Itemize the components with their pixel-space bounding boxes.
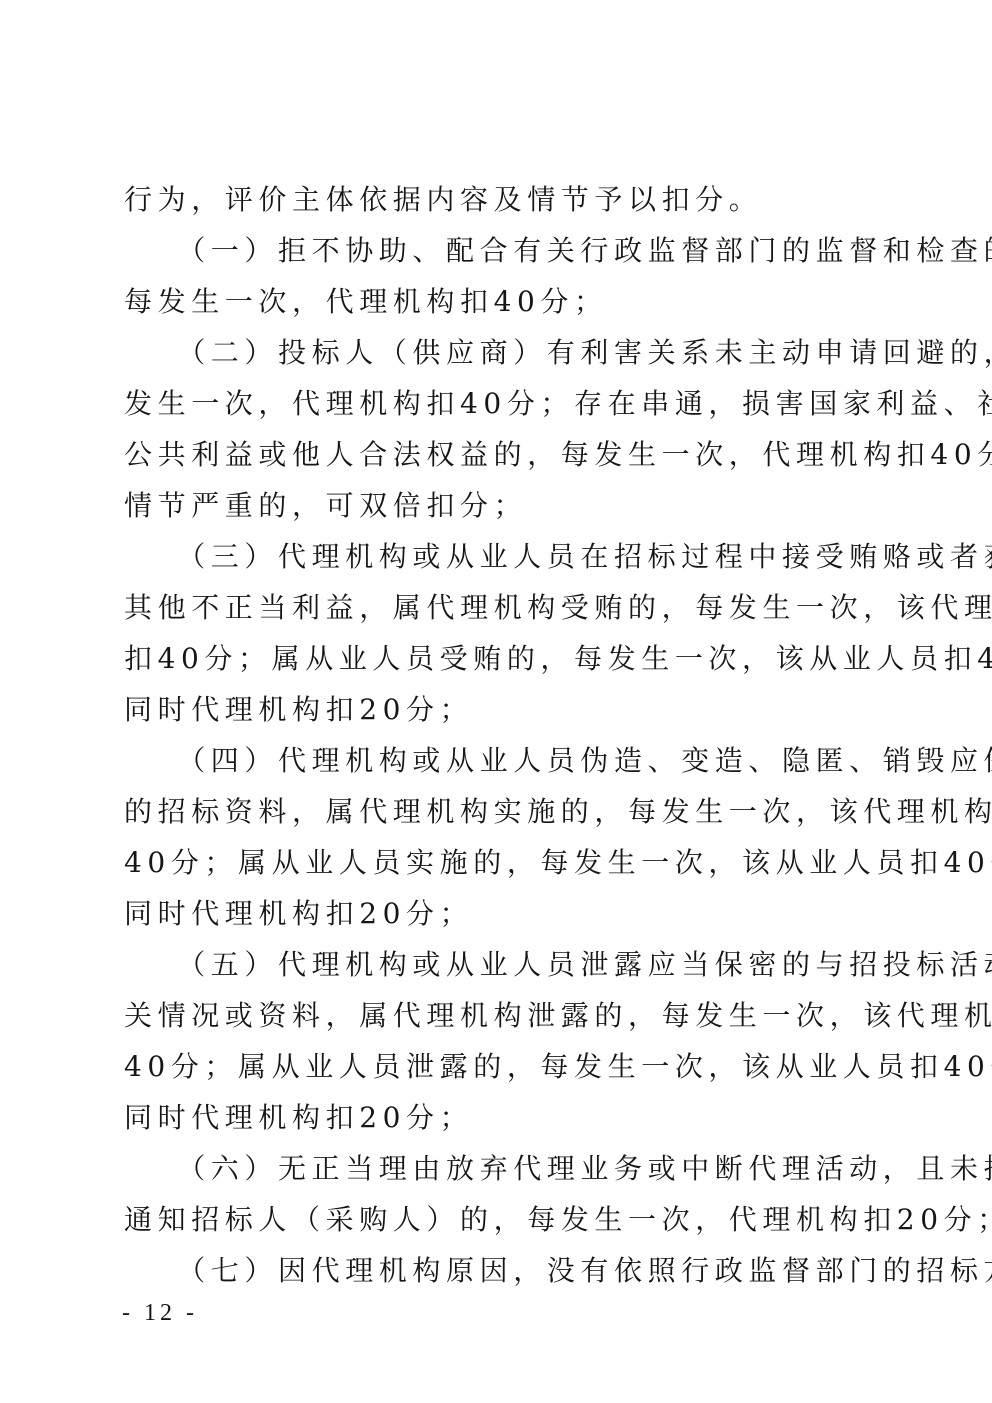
text-line: 行为，评价主体依据内容及情节予以扣分。	[124, 180, 864, 220]
text-line: 扣40分；属从业人员受贿的，每发生一次，该从业人员扣40分，	[124, 639, 864, 679]
text-line: 其他不正当利益，属代理机构受贿的，每发生一次，该代理机构	[124, 588, 864, 628]
text-line: 情节严重的，可双倍扣分；	[124, 486, 864, 526]
text-line: 40分；属从业人员实施的，每发生一次，该从业人员扣40分，	[124, 843, 864, 883]
text-line: 发生一次，代理机构扣40分；存在串通，损害国家利益、社会	[124, 384, 864, 424]
clause-3-line: （三）代理机构或从业人员在招标过程中接受贿赂或者获取	[124, 537, 864, 577]
text-line: 同时代理机构扣20分；	[124, 1098, 864, 1138]
text-line: 同时代理机构扣20分；	[124, 690, 864, 730]
text-line: 同时代理机构扣20分；	[124, 894, 864, 934]
clause-1-line: （一）拒不协助、配合有关行政监督部门的监督和检查的，	[124, 231, 864, 271]
clause-6-line: （六）无正当理由放弃代理业务或中断代理活动，且未提前	[124, 1149, 864, 1189]
text-line: 的招标资料，属代理机构实施的，每发生一次，该代理机构扣	[124, 792, 864, 832]
text-line: 通知招标人（采购人）的，每发生一次，代理机构扣20分；	[124, 1200, 864, 1240]
document-page: 行为，评价主体依据内容及情节予以扣分。 （一）拒不协助、配合有关行政监督部门的监…	[0, 0, 992, 1403]
text-line: 每发生一次，代理机构扣40分；	[124, 282, 864, 322]
text-line: 关情况或资料，属代理机构泄露的，每发生一次，该代理机构扣	[124, 996, 864, 1036]
clause-2-line: （二）投标人（供应商）有利害关系未主动申请回避的，每	[124, 333, 864, 373]
clause-7-line: （七）因代理机构原因，没有依照行政监督部门的招标方式	[124, 1251, 864, 1291]
text-line: 40分；属从业人员泄露的，每发生一次，该从业人员扣40分，	[124, 1047, 864, 1087]
text-line: 公共利益或他人合法权益的，每发生一次，代理机构扣40分，	[124, 435, 864, 475]
clause-5-line: （五）代理机构或从业人员泄露应当保密的与招投标活动有	[124, 945, 864, 985]
page-number: - 12 -	[122, 1298, 198, 1328]
clause-4-line: （四）代理机构或从业人员伪造、变造、隐匿、销毁应保存	[124, 741, 864, 781]
